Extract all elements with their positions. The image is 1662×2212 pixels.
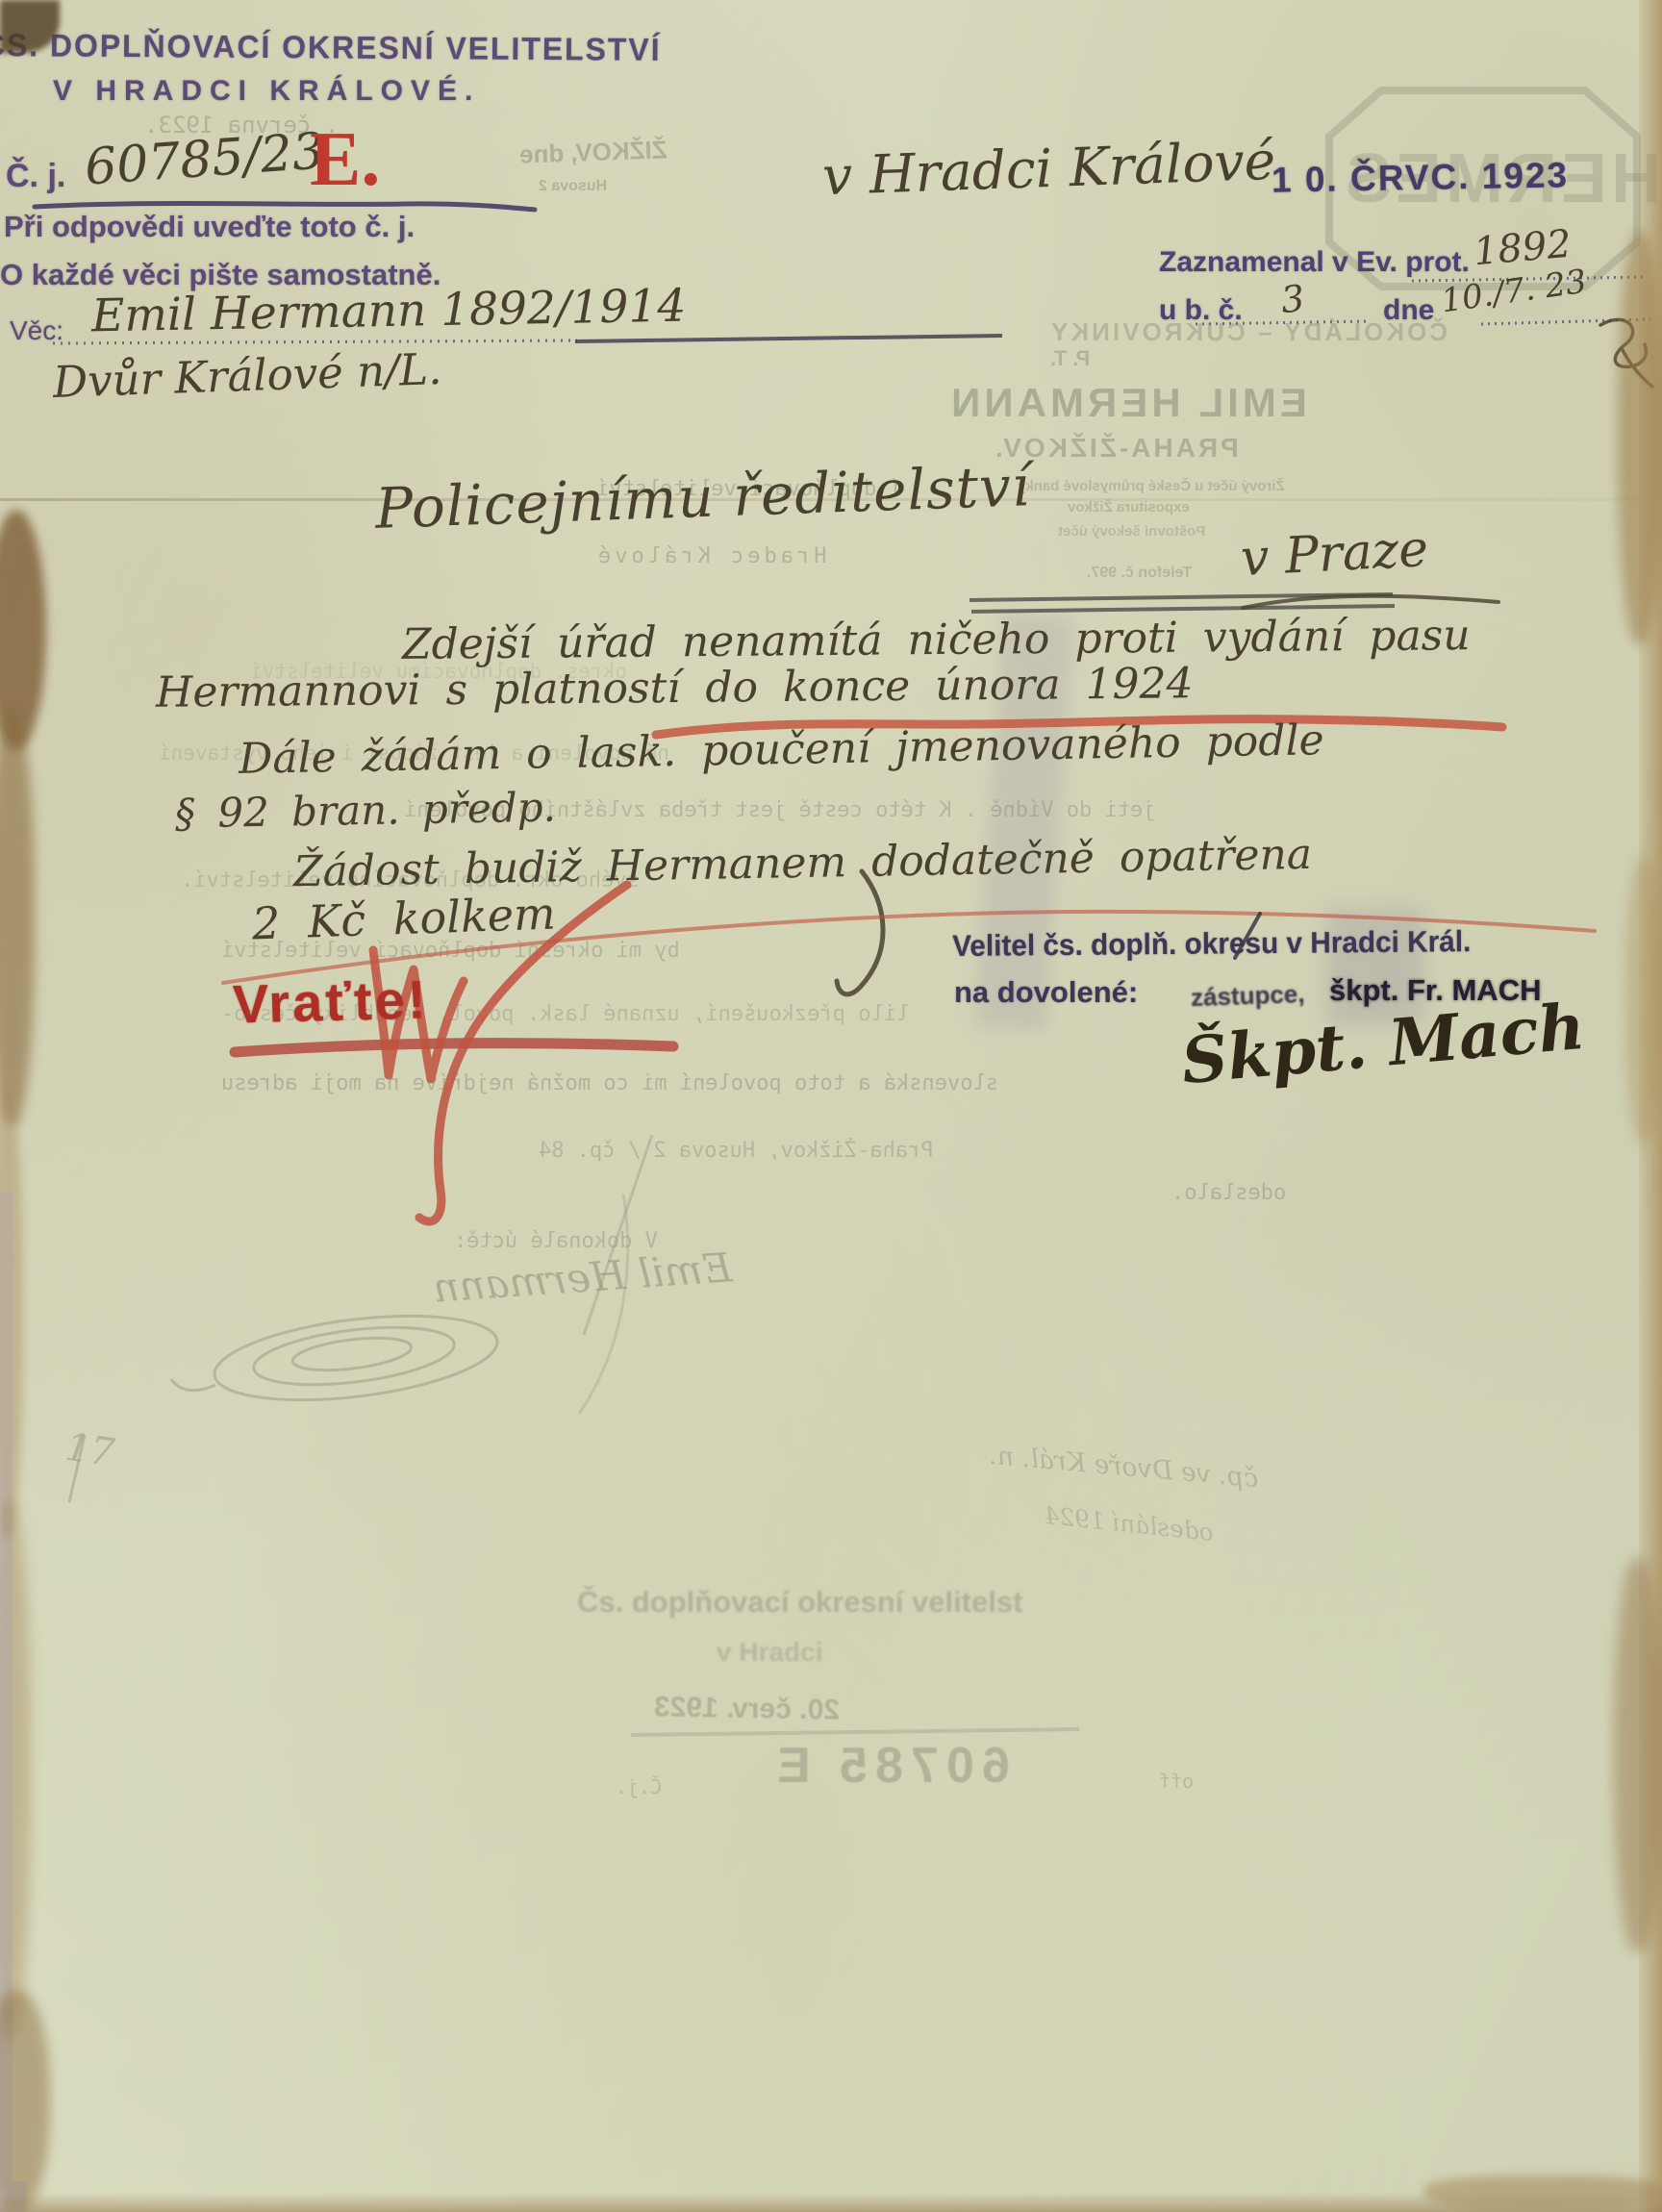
registry-line2-value-a: 3	[1279, 280, 1306, 318]
bleed-pt: P. T.	[1050, 348, 1090, 369]
edge-stain-right-3	[1614, 1558, 1662, 1952]
bleed-double-rule-1	[969, 594, 1393, 600]
registry-paraph	[1600, 319, 1652, 387]
scanner-strip-left	[0, 1193, 13, 2212]
edge-stain-left-1	[0, 510, 46, 750]
body-line-4: § 92 bran. předp.	[175, 788, 557, 835]
bleed-number-echo: 60785 E	[769, 1741, 1010, 1791]
scanned-document-page: . června 1923. ŽIŽKOV, dne Husova 2 ČOKO…	[0, 0, 1662, 2212]
registry-line2-label-a: u b. č.	[1159, 296, 1243, 325]
bleed-stamp-echo1: Čs. doplňovací okresní velitelst	[577, 1587, 1022, 1617]
body-line-3: Dále žádám o lask. poučení jmenovaného p…	[239, 719, 1324, 781]
edge-stain-right-2	[1625, 856, 1662, 1144]
priority-letter: E.	[310, 121, 380, 198]
registry-line1-label: Zaznamenal v Ev. prot.	[1159, 248, 1470, 277]
address-line-1: Policejnímu ředitelství	[374, 458, 1031, 537]
vratte-stamp: Vraťte!	[232, 972, 429, 1031]
bleed-zizkov-line2: Husova 2	[539, 179, 607, 194]
subject-place: Dvůr Králové n/L.	[52, 347, 442, 404]
bleed-firm-city: PRAHA-ŽIŽKOV.	[993, 435, 1239, 462]
bleed-typed-line7: Praha-Žižkov, Husova 2 / čp. 84	[539, 1141, 934, 1162]
commander-stamp-line1: Velitel čs. doplň. okresu v Hradci Král.	[952, 926, 1471, 961]
bleed-typed-addr2: Hradec Králové	[594, 546, 826, 567]
bleed-firm-small4: Telefon č. 997.	[1087, 566, 1192, 581]
bleed-date-echo-underline	[631, 1729, 1079, 1735]
commander-stamp-line2a: na dovolené:	[954, 977, 1138, 1007]
bleed-date-echo: 20. červ. 1923	[654, 1693, 840, 1724]
pencil-diagonal-2	[579, 1194, 628, 1414]
edge-stain-left-4	[0, 1500, 31, 2039]
bleed-stamp-echo2: v Hradci	[717, 1639, 823, 1666]
corner-stain-bottom-right	[1423, 2175, 1662, 2208]
bleed-firm-small3: Poštovní šekový účet	[1058, 524, 1205, 539]
address-line-2: v Praze	[1240, 524, 1429, 584]
registry-dotted-3	[1481, 319, 1650, 324]
ref-label: Č. j.	[6, 160, 65, 192]
body-line-5: Žádost budiž Hermanem dodatečně opatřena	[293, 834, 1313, 893]
bleed-firm-name: EMIL HERMANN	[947, 383, 1307, 423]
deputy-stamp-word: zástupce,	[1191, 981, 1305, 1010]
bleed-typed-line6: slovenská a toto povolení mi co možná ne…	[221, 1073, 998, 1094]
registry-line2-label-b: dne	[1383, 296, 1434, 325]
bleed-off-echo: off	[1159, 1772, 1194, 1791]
office-stamp-line1: ČS. DOPLŇOVACÍ OKRESNÍ VELITELSTVÍ	[0, 29, 662, 65]
bleed-firm-small2: expositura Žižkov	[1068, 500, 1190, 515]
edge-stain-left-5	[0, 1991, 50, 2212]
edge-strip-right	[1639, 0, 1662, 2212]
bleed-hermann-signature: Emil Hermann	[432, 1247, 733, 1309]
bleed-cj-echo: Č.j.	[616, 1777, 662, 1797]
date-received-stamp: 1 0. ČRVC. 1923	[1272, 157, 1570, 197]
dateline-place: v Hradci Králové	[821, 135, 1276, 203]
bleed-zizkov-line1: ŽIŽKOV, dne	[519, 137, 667, 166]
subject-name: Emil Hermann 1892/1914	[91, 284, 687, 339]
pencil-spiral-doodle	[171, 1302, 502, 1413]
office-stamp-line2: V HRADCI KRÁLOVÉ.	[53, 77, 480, 106]
edge-stain-right-1	[1618, 231, 1662, 644]
pencil-mark-17: 17	[63, 1428, 116, 1473]
vratte-underline	[235, 1043, 673, 1052]
bleed-closing: V dokonalé úctě:	[454, 1231, 658, 1252]
scanner-corner-bottom-left	[0, 2181, 27, 2212]
kolkem-flourish	[837, 871, 883, 994]
ref-number: 60785/23	[83, 126, 325, 192]
subject-label: Věc:	[10, 317, 63, 344]
body-line-6: 2 Kč kolkem	[251, 892, 556, 946]
edge-strip-bottom	[0, 2193, 1662, 2212]
praze-underline	[1243, 596, 1498, 608]
bleed-firm-small1: Žirový účet u České průmyslové banky	[1018, 479, 1285, 493]
bleed-double-rule-2	[971, 606, 1395, 612]
body-line-2: Hermannovi s platností do konce února 19…	[156, 663, 1194, 714]
instruction-note-1: Při odpovědi uveďte toto č. j.	[4, 212, 415, 241]
registry-line1-value: 1892	[1472, 225, 1573, 272]
edge-stain-left-3	[0, 1087, 23, 1539]
bleed-odeslalo: odeslalo.	[1171, 1183, 1286, 1204]
pencil-note-2: odeslání 1924	[1043, 1503, 1215, 1545]
pencil-note-1: čp. ve Dvoře Král. n.	[988, 1443, 1259, 1492]
body-line-1: Zdejší úřad nenamítá ničeho proti vydání…	[402, 615, 1471, 666]
edge-stain-left-2	[0, 712, 35, 1125]
subject-underline-solid	[575, 336, 1002, 341]
